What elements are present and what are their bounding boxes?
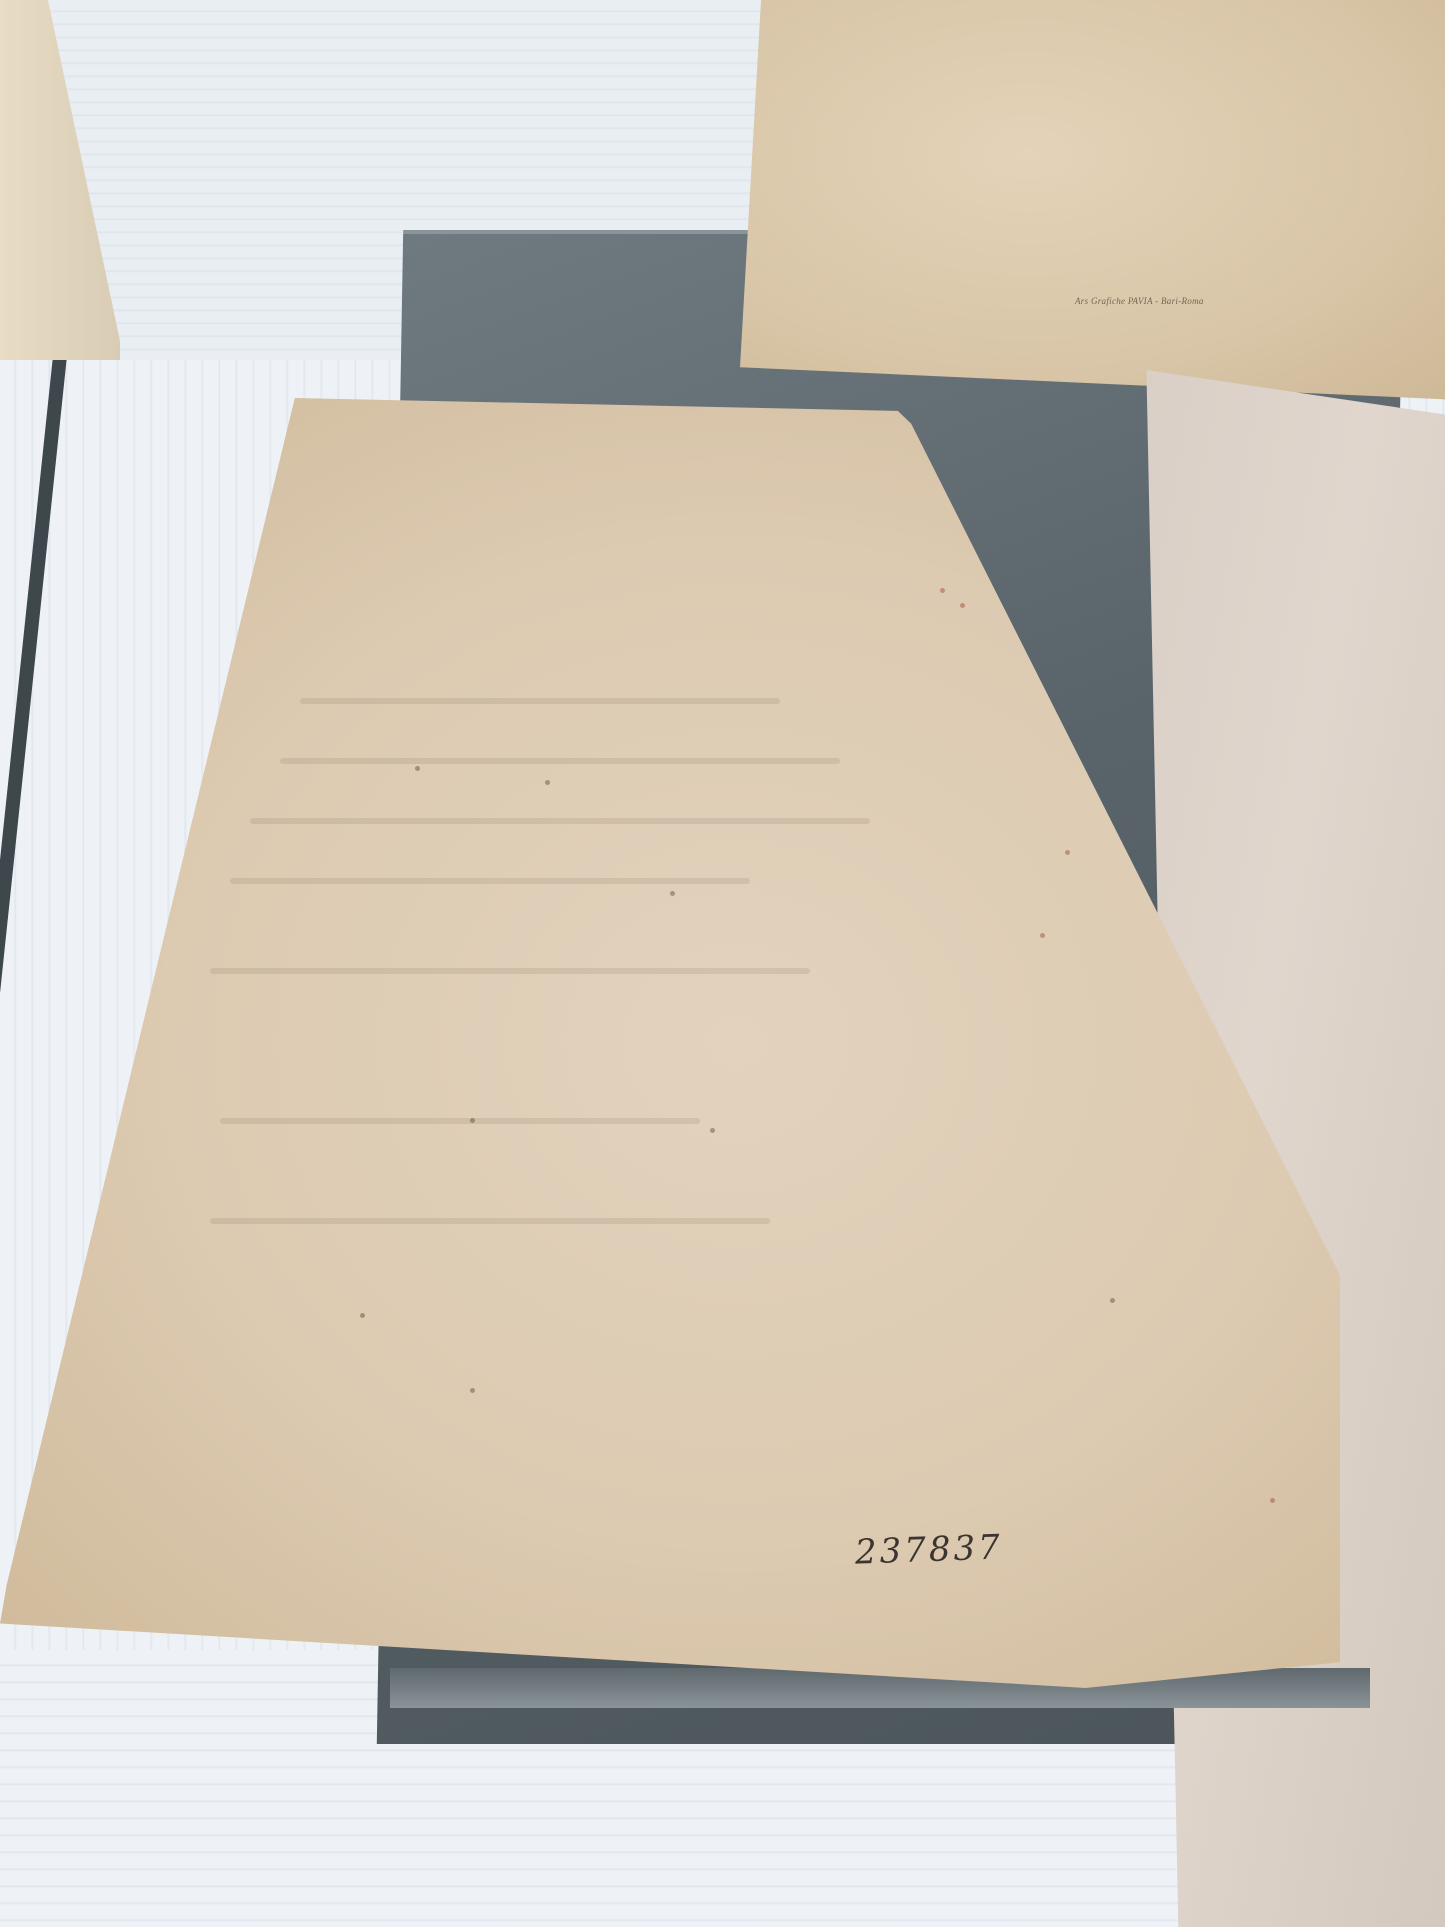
foxing-spot (1040, 933, 1045, 938)
bleed-through-line (210, 1218, 770, 1224)
bleed-through-line (300, 698, 780, 704)
handwritten-number: 237837 (854, 1527, 1003, 1572)
foxing-spot (710, 1128, 715, 1133)
foxing-spot (470, 1388, 475, 1393)
foxing-spot (960, 603, 965, 608)
bleed-through-line (220, 1118, 700, 1124)
foxing-spot (1065, 850, 1070, 855)
bleed-through-line (230, 878, 750, 884)
foxing-spot (940, 588, 945, 593)
document-top-right: Ars Grafiche PAVIA - Bari-Roma (740, 0, 1445, 400)
foxing-spot (360, 1313, 365, 1318)
foxing-spot (415, 766, 420, 771)
foxing-spot (1270, 1498, 1275, 1503)
foxing-spot (470, 1118, 475, 1123)
printer-imprint: Ars Grafiche PAVIA - Bari-Roma (1075, 296, 1204, 306)
bleed-through-line (210, 968, 810, 974)
bleed-through-line (250, 818, 870, 824)
foxing-spot (1110, 1298, 1115, 1303)
foxing-spot (670, 891, 675, 896)
bleed-through-line (280, 758, 840, 764)
foxing-spot (545, 780, 550, 785)
photo-scene: Ars Grafiche PAVIA - Bari-Roma 237837 (0, 0, 1445, 1927)
